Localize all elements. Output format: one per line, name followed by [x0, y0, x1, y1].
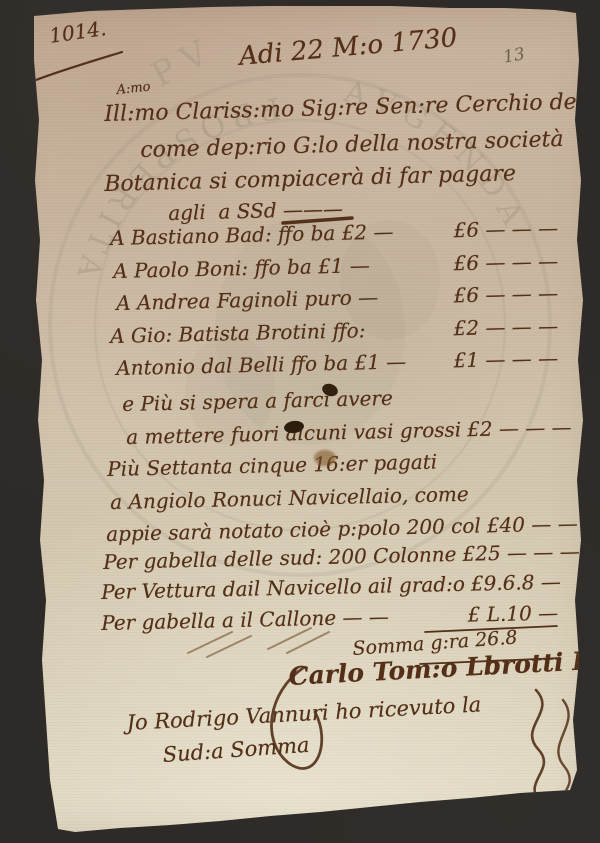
- cancellation-slash: [188, 632, 232, 653]
- pen-stroke-corner: [36, 792, 45, 824]
- payment-text: Antonio dal Belli ffo ba £1 —: [116, 351, 407, 379]
- payment-line: a Angiolo Ronuci Navicellaio, come: [110, 482, 558, 513]
- page-number: 13: [502, 46, 526, 67]
- signature-flourish: [532, 690, 553, 805]
- payment-amount: £2 — — —: [461, 417, 572, 441]
- payment-text: A Bastiano Bad: ffo ba £2 —: [110, 222, 394, 249]
- payment-line: Antonio dal Belli ffo ba £1 —£1 — — —: [116, 348, 558, 379]
- payment-amount: £2 — — —: [447, 316, 558, 340]
- payment-amount: £9.6.8 —: [465, 572, 561, 595]
- payment-line: Per gabella delle sud: 200 Colonne£25 — …: [103, 542, 558, 573]
- payment-text: e Più si spera a farci avere: [122, 388, 393, 415]
- payment-text: Per gabella delle sud: 200 Colonne: [103, 544, 457, 573]
- cancellation-slash: [268, 628, 311, 649]
- receipt-line: Jo Rodrigo Vannuri ho ricevuto la: [126, 693, 482, 734]
- payment-amount: £1 — — —: [447, 348, 558, 372]
- payment-text: a Angiolo Ronuci Navicellaio, come: [110, 484, 469, 513]
- payment-text: Più Settanta cinque 16:er pagati: [107, 452, 437, 480]
- payment-text: A Paolo Boni: ffo ba £1 —: [113, 255, 370, 282]
- payment-amount: £6 — — —: [447, 218, 558, 242]
- date-line: Adi 22 M:o 1730: [238, 25, 458, 71]
- scan-background: PROSPERITA AVGENDA PV 1014. Adi 22 M:o 1…: [0, 0, 600, 843]
- payment-amount: £ L.10 —: [461, 603, 558, 626]
- watermark-text-top: PV: [145, 29, 223, 96]
- payment-line: A Paolo Boni: ffo ba £1 —£6 — — —: [113, 251, 558, 282]
- cancellation-slash: [207, 636, 251, 657]
- archival-number: 1014.: [48, 18, 108, 47]
- payment-line: A Gio: Batista Brotini ffo:£2 — — —: [110, 316, 558, 347]
- payment-amount: £40 — — —: [481, 513, 600, 537]
- cancellation-slash: [287, 632, 329, 653]
- receipt-line: Sud:a Somma: [162, 734, 310, 766]
- payment-text: appie sarà notato cioè p:polo 200 col: [106, 516, 481, 545]
- payment-amount: £25 — — —: [456, 541, 580, 565]
- payment-line: e Più si spera a farci avere: [122, 384, 558, 415]
- salutation-superscript: A:mo: [116, 80, 151, 97]
- payment-amount: £6 — — —: [447, 283, 558, 307]
- payment-line: A Andrea Faginoli puro —£6 — — —: [116, 283, 558, 314]
- payment-text: A Gio: Batista Brotini ffo:: [110, 320, 366, 347]
- payment-text: Per Vettura dail Navicello ail grad:o: [101, 574, 465, 603]
- document-paper: PROSPERITA AVGENDA PV 1014. Adi 22 M:o 1…: [0, 0, 600, 843]
- payment-line: a mettere fuori alcuni vasi grossi£2 — —…: [126, 417, 558, 448]
- ink-blot: [314, 450, 336, 466]
- payment-line: Per Vettura dail Navicello ail grad:o£9.…: [101, 572, 558, 603]
- letter-line: Ill:mo Clariss:mo Sig:re Sen:re Cerchio …: [104, 89, 600, 127]
- signature-flourish: [558, 700, 569, 812]
- pen-stroke-under-number: [36, 52, 122, 80]
- letter-line: agli a SSd ———: [168, 198, 343, 224]
- payment-amount: £6 — — —: [447, 251, 558, 275]
- letter-line: Botanica si compiacerà di far pagare: [104, 162, 516, 196]
- payment-text: A Andrea Faginoli puro —: [116, 287, 378, 314]
- letter-line: come dep:rio G:lo della nostra società: [140, 128, 564, 162]
- payment-text: Per gabella a il Callone — —: [101, 606, 389, 634]
